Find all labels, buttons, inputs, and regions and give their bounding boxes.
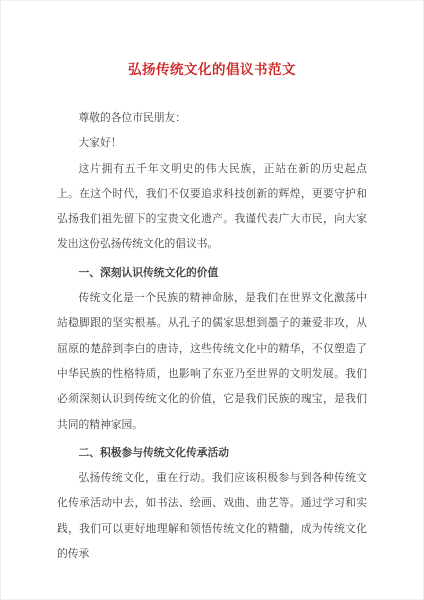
greeting-line: 大家好！ — [57, 131, 367, 156]
paragraph-list: 尊敬的各位市民朋友：大家好！这片拥有五千年文明史的伟大民族，正站在新的历史起点上… — [57, 106, 367, 567]
section-heading: 一、深刻认识传统文化的价值 — [57, 261, 367, 286]
document-content: 弘扬传统文化的倡议书范文 尊敬的各位市民朋友：大家好！这片拥有五千年文明史的伟大… — [1, 1, 423, 567]
section-heading: 二、积极参与传统文化传承活动 — [57, 441, 367, 466]
document-title: 弘扬传统文化的倡议书范文 — [57, 60, 367, 80]
document-page: 弘扬传统文化的倡议书范文 尊敬的各位市民朋友：大家好！这片拥有五千年文明史的伟大… — [0, 0, 424, 600]
paragraph: 传统文化是一个民族的精神命脉，是我们在世界文化激荡中站稳脚跟的坚实根基。从孔子的… — [57, 286, 367, 438]
paragraph: 这片拥有五千年文明史的伟大民族，正站在新的历史起点上。在这个时代，我们不仅要追求… — [57, 157, 367, 258]
paragraph: 弘扬传统文化，重在行动。我们应该积极参与到各种传统文化传承活动中去，如书法、绘画… — [57, 466, 367, 567]
salutation-line: 尊敬的各位市民朋友： — [57, 106, 367, 131]
